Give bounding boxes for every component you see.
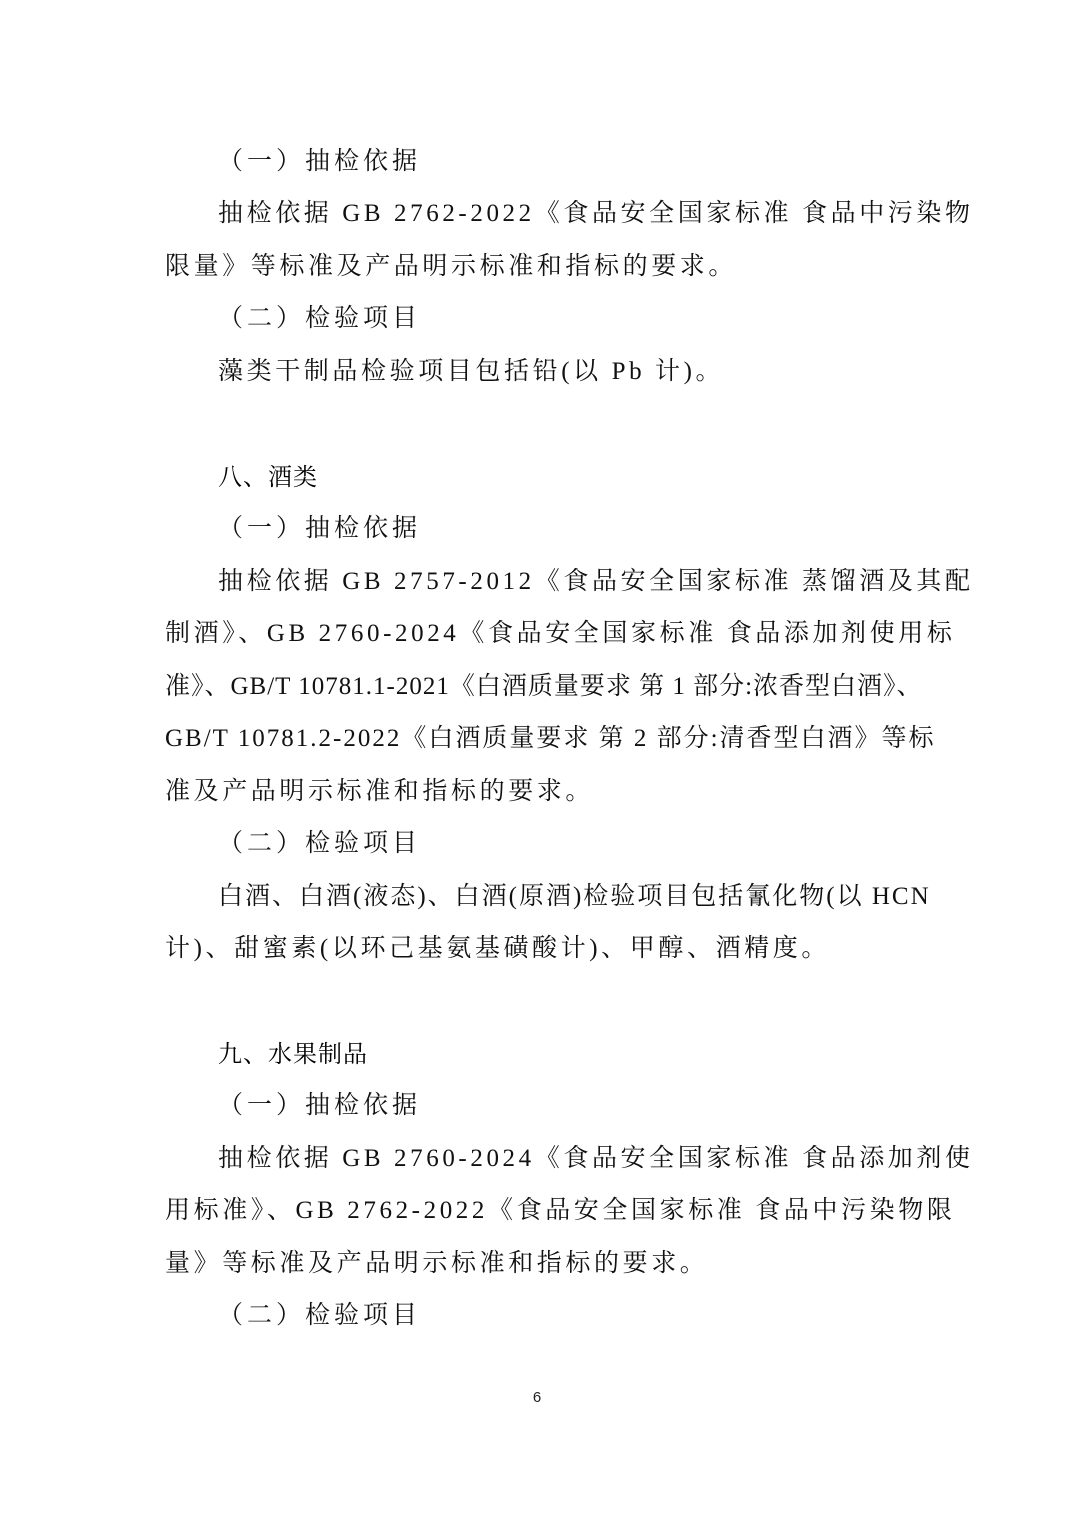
subheading-items: （二）检验项目 bbox=[218, 303, 968, 335]
subheading-basis: （一）抽检依据 bbox=[218, 513, 968, 545]
page-number: 6 bbox=[0, 1389, 1074, 1406]
paragraph-line: 量》等标准及产品明示标准和指标的要求。 bbox=[165, 1248, 915, 1280]
subheading-items: （二）检验项目 bbox=[218, 828, 968, 860]
paragraph-line: 制酒》、GB 2760-2024《食品安全国家标准 食品添加剂使用标 bbox=[165, 618, 915, 650]
paragraph-line: 准及产品明示标准和指标的要求。 bbox=[165, 776, 915, 808]
paragraph-line: 白酒、白酒(液态)、白酒(原酒)检验项目包括氰化物(以 HCN bbox=[218, 881, 915, 913]
section-title-fruit: 九、水果制品 bbox=[218, 1038, 968, 1070]
subheading-items: （二）检验项目 bbox=[218, 1300, 968, 1332]
section-title-liquor: 八、酒类 bbox=[218, 461, 968, 493]
paragraph-line: 计)、甜蜜素(以环己基氨基磺酸计)、甲醇、酒精度。 bbox=[165, 933, 915, 965]
paragraph-line: 准》、GB/T 10781.1-2021《白酒质量要求 第 1 部分:浓香型白酒… bbox=[165, 671, 915, 703]
subheading-basis: （一）抽检依据 bbox=[218, 1090, 968, 1122]
document-page: （一）抽检依据 抽检依据 GB 2762-2022《食品安全国家标准 食品中污染… bbox=[0, 0, 1074, 1520]
paragraph-line: 抽检依据 GB 2762-2022《食品安全国家标准 食品中污染物 bbox=[218, 198, 915, 230]
paragraph-line: 藻类干制品检验项目包括铅(以 Pb 计)。 bbox=[218, 356, 915, 388]
paragraph-line: 限量》等标准及产品明示标准和指标的要求。 bbox=[165, 251, 915, 283]
paragraph-line: 用标准》、GB 2762-2022《食品安全国家标准 食品中污染物限 bbox=[165, 1195, 915, 1227]
paragraph-line: GB/T 10781.2-2022《白酒质量要求 第 2 部分:清香型白酒》等标 bbox=[165, 723, 915, 755]
paragraph-line: 抽检依据 GB 2757-2012《食品安全国家标准 蒸馏酒及其配 bbox=[218, 566, 915, 598]
paragraph-line: 抽检依据 GB 2760-2024《食品安全国家标准 食品添加剂使 bbox=[218, 1143, 915, 1175]
subheading-basis: （一）抽检依据 bbox=[218, 146, 968, 178]
